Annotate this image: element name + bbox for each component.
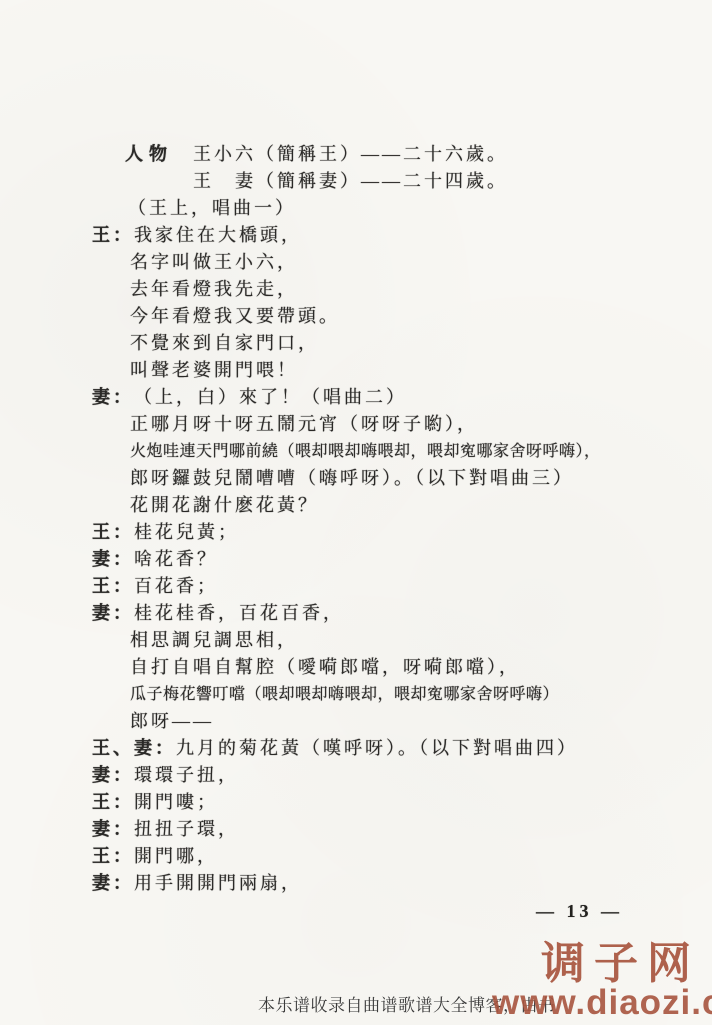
speaker-label: 妻： [92, 816, 134, 843]
script-line: 妻：桂花桂香，百花百香， [0, 600, 712, 627]
line-text: 自打自唱自幫腔（噯嗬郎噹，呀嗬郎噹）， [130, 657, 520, 677]
watermark-site-url: www.diaozi.com [492, 984, 712, 1022]
speaker-label: 妻： [92, 384, 134, 411]
script-line: 去年看燈我先走， [0, 276, 712, 303]
line-text: 啥花香？ [134, 549, 218, 569]
line-text: 環環子扭， [134, 765, 239, 785]
line-text: 不覺來到自家門口， [130, 333, 319, 353]
line-text: 桂花桂香，百花百香， [134, 603, 344, 623]
line-text: 正哪月呀十呀五鬧元宵（呀呀子喲）， [130, 414, 478, 434]
watermark-site-name: 调子网 [541, 941, 700, 987]
script-line: 妻：啥花香？ [0, 546, 712, 573]
script-line: 火炮哇連天門哪前繞（喂却喂却嗨喂却，喂却寃哪家舍呀呼嗨）， [0, 438, 712, 465]
script-line: 瓜子梅花響叮噹（喂却喂却嗨喂却，喂却寃哪家舍呀呼嗨） [0, 681, 712, 708]
speaker-label: 王： [92, 519, 134, 546]
speaker-label: 妻： [92, 762, 134, 789]
speaker-label: 王： [92, 789, 134, 816]
speaker-label: 人物 [125, 141, 193, 168]
speaker-label: 妻： [92, 870, 134, 897]
script-line: 妻：（上，白）來了！（唱曲二） [0, 384, 712, 411]
line-text: 我家住在大橋頭， [134, 225, 302, 245]
line-text: 火炮哇連天門哪前繞（喂却喂却嗨喂却，喂却寃哪家舍呀呼嗨）， [130, 443, 601, 460]
script-line: 叫聲老婆開門喂！ [0, 357, 712, 384]
script-line: 郎呀鑼鼓兒鬧嘈嘈（嗨呼呀）。（以下對唱曲三） [0, 465, 712, 492]
line-text: 相思調兒調思相， [130, 630, 298, 650]
line-text: 用手開開門兩扇， [134, 873, 302, 893]
line-text: 花開花謝什麽花黃？ [130, 495, 319, 515]
script-line: 郎呀—— [0, 708, 712, 735]
script-line: 妻：用手開開門兩扇， [0, 870, 712, 897]
line-text: 瓜子梅花響叮噹（喂却喂却嗨喂却，喂却寃哪家舍呀呼嗨） [130, 686, 559, 703]
script-line: 王：桂花兒黃； [0, 519, 712, 546]
line-text: 今年看燈我又要帶頭。 [130, 306, 340, 326]
script-line: 妻：扭扭子環， [0, 816, 712, 843]
line-text: 百花香； [134, 576, 218, 596]
script-line: 王：開門哪， [0, 843, 712, 870]
line-text: 桂花兒黃； [134, 522, 239, 542]
script-line: 妻：環環子扭， [0, 762, 712, 789]
line-text: （上，白）來了！（唱曲二） [134, 387, 407, 407]
line-text: 郎呀—— [130, 711, 214, 731]
line-text: 九月的菊花黃（嘆呼呀）。（以下對唱曲四） [176, 738, 578, 758]
speaker-label: 王： [92, 573, 134, 600]
script-line: 名字叫做王小六， [0, 249, 712, 276]
script-line: 王 妻（簡稱妻）——二十四歲。 [0, 168, 712, 195]
speaker-label: 王、妻： [92, 735, 176, 762]
speaker-label: 妻： [92, 546, 134, 573]
script-line: 王、妻：九月的菊花黃（嘆呼呀）。（以下對唱曲四） [0, 735, 712, 762]
line-text: 名字叫做王小六， [130, 252, 298, 272]
script-line: （王上，唱曲一） [0, 195, 712, 222]
scanned-script-page: 人物王小六（簡稱王）——二十六歲。王 妻（簡稱妻）——二十四歲。（王上，唱曲一）… [0, 0, 712, 1025]
line-text: 扭扭子環， [134, 819, 239, 839]
line-text: 開門嘍； [134, 792, 218, 812]
script-line: 人物王小六（簡稱王）——二十六歲。 [0, 141, 712, 168]
line-text: 王 妻（簡稱妻）——二十四歲。 [193, 171, 508, 191]
line-text: 開門哪， [134, 846, 218, 866]
script-line: 相思調兒調思相， [0, 627, 712, 654]
script-lines: 人物王小六（簡稱王）——二十六歲。王 妻（簡稱妻）——二十四歲。（王上，唱曲一）… [0, 141, 712, 897]
speaker-label: 王： [92, 843, 134, 870]
line-text: 去年看燈我先走， [130, 279, 298, 299]
line-text: 叫聲老婆開門喂！ [130, 360, 298, 380]
line-text: 王小六（簡稱王）——二十六歲。 [193, 144, 508, 164]
script-line: 王：我家住在大橋頭， [0, 222, 712, 249]
line-text: （王上，唱曲一） [128, 198, 296, 218]
script-line: 王：百花香； [0, 573, 712, 600]
script-line: 自打自唱自幫腔（噯嗬郎噹，呀嗬郎噹）， [0, 654, 712, 681]
speaker-label: 王： [92, 222, 134, 249]
script-line: 王：開門嘍； [0, 789, 712, 816]
script-line: 花開花謝什麽花黃？ [0, 492, 712, 519]
page-number: — 13 — [536, 901, 623, 922]
script-line: 正哪月呀十呀五鬧元宵（呀呀子喲）， [0, 411, 712, 438]
script-line: 今年看燈我又要帶頭。 [0, 303, 712, 330]
speaker-label: 妻： [92, 600, 134, 627]
script-line: 不覺來到自家門口， [0, 330, 712, 357]
line-text: 郎呀鑼鼓兒鬧嘈嘈（嗨呼呀）。（以下對唱曲三） [130, 468, 574, 488]
